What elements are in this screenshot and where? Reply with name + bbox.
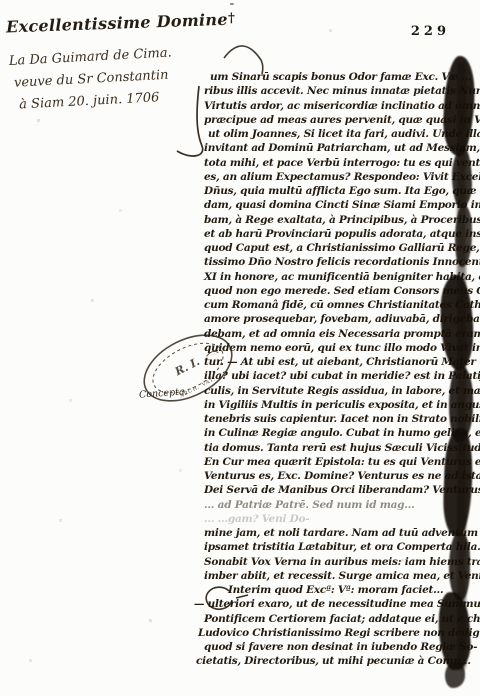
ink-blotch [452,148,472,208]
manuscript-line: in Culinæ Regiæ angulo. Cubat in humo ge… [204,426,476,440]
manuscript-line: tia domus. Tanta rerū est hujus Sæculi V… [204,441,476,455]
stamp-center-text: R. I. [172,355,202,379]
manuscript-line: ipsamet tristitia Lætabitur, et ora Comp… [204,540,476,554]
ink-blotch [449,532,470,600]
manuscript-line: Venturus es, Exc. Domine? Venturus es ne… [204,469,476,483]
manuscript-line: tota mihi, et pace Verbū interrogo: tu e… [204,156,476,170]
manuscript-lines: um Sinarū scapis bonus Odor famæ Exc. Væ… [204,70,476,669]
salutation: Excellentissime Domine [6,11,207,37]
manuscript-line: … ad Patriæ Patrē. Sed num id mag… [204,498,476,512]
manuscript-line: dam, quasi domina Cincti Sinæ Siami Empo… [204,198,476,212]
manuscript-line: um Sinarū scapis bonus Odor famæ Exc. Væ… [210,70,476,84]
manuscript-line: ut olim Joannes, Si licet ita fari, audi… [208,127,476,141]
manuscript-line: cietatis, Directoribus, ut mihi pecuniæ … [196,654,476,668]
manuscript-line: quod si favere non desinat in iubendo Re… [204,640,476,654]
manuscript-line: invitant ad Dominū Patriarcham, ut ad Me… [204,141,476,155]
manuscript-line: Sonabit Vox Verna in auribus meis: iam h… [204,555,476,569]
manuscript-line: et ab harū Provinciarū populis adorata, … [204,227,476,241]
cross-mark: ¯ † [228,4,235,24]
manuscript-line: in Vigiliis Multis in periculis exposita… [204,398,476,412]
manuscript-line: Pontificem Certiorem faciat; addatque ei… [204,612,476,626]
manuscript-line: tenebris suis capientur. Iacet non in St… [204,412,476,426]
ink-blotch [445,662,465,688]
paper-speckles [0,0,1,1]
page-number: 229 [411,24,450,39]
manuscript-line: quod Caput est, a Christianissimo Gallia… [204,241,476,255]
manuscript-line: quidem nemo eorū, qui ex tunc illo modo … [204,341,476,355]
manuscript-line: ribus illis accevit. Nec minus innatæ pi… [204,84,476,98]
manuscript-line: præcipue ad meas aures pervenit, quæ qua… [204,113,476,127]
margin-note: Concepta. [139,386,188,400]
manuscript-page: Excellentissime Domine La Da Guimard de … [0,0,480,696]
manuscript-line: bam, à Rege exaltata, à Principibus, à P… [204,213,476,227]
manuscript-line: Ludovico Christianissimo Regi scribere n… [198,626,476,640]
manuscript-line: mine jam, et noli tardare. Nam ad tuū ad… [204,526,476,540]
manuscript-line: culis, in Servitute Regis assidua, in la… [204,384,476,398]
archival-note: La Da Guimard de Cima. veuve du Sr Const… [8,41,201,117]
manuscript-line: amore prosequebar, fovebam, adiuvabā, di… [204,312,476,326]
manuscript-line: cum Romanâ fidē, cū omnes Christianitate… [204,298,476,312]
manuscript-line: es, an alium Expectamus? Respondeo: Vivi… [204,170,476,184]
manuscript-line: Virtutis ardor, ac misericordiæ inclinat… [204,99,476,113]
manuscript-line: tissimo Dño Nostro felicis recordationis… [204,255,476,269]
cross-glyph: † [228,11,235,26]
manuscript-line: imber abiit, et recessit. Surge amica me… [204,569,476,583]
manuscript-line: XI in honore, ac munificentiā benigniter… [204,270,476,284]
manuscript-line: tur. — At ubi est, ut aiebant, Christian… [204,355,476,369]
manuscript-line: — ulteriori exaro, ut de necessitudine m… [194,597,476,611]
manuscript-line: … …gam? Veni Do- [204,512,476,526]
manuscript-line: En Cur mea quærit Epistola: tu es qui Ve… [204,455,476,469]
manuscript-line: Interim quod Excª: Vª: moram faciet… [228,583,476,597]
manuscript-line: Dei Servā de Manibus Orci liberandam? Ve… [204,483,476,497]
manuscript-line: Dñus, quia multū afflicta Ego sum. Ita E… [204,184,476,198]
manuscript-line: quod non ego merede. Sed etiam Consors m… [204,284,476,298]
manuscript-line: illa? ubi iacet? ubi cubat in meridie? e… [204,369,476,383]
manuscript-line: debam, et ad omnia eis Necessaria prompt… [204,327,476,341]
